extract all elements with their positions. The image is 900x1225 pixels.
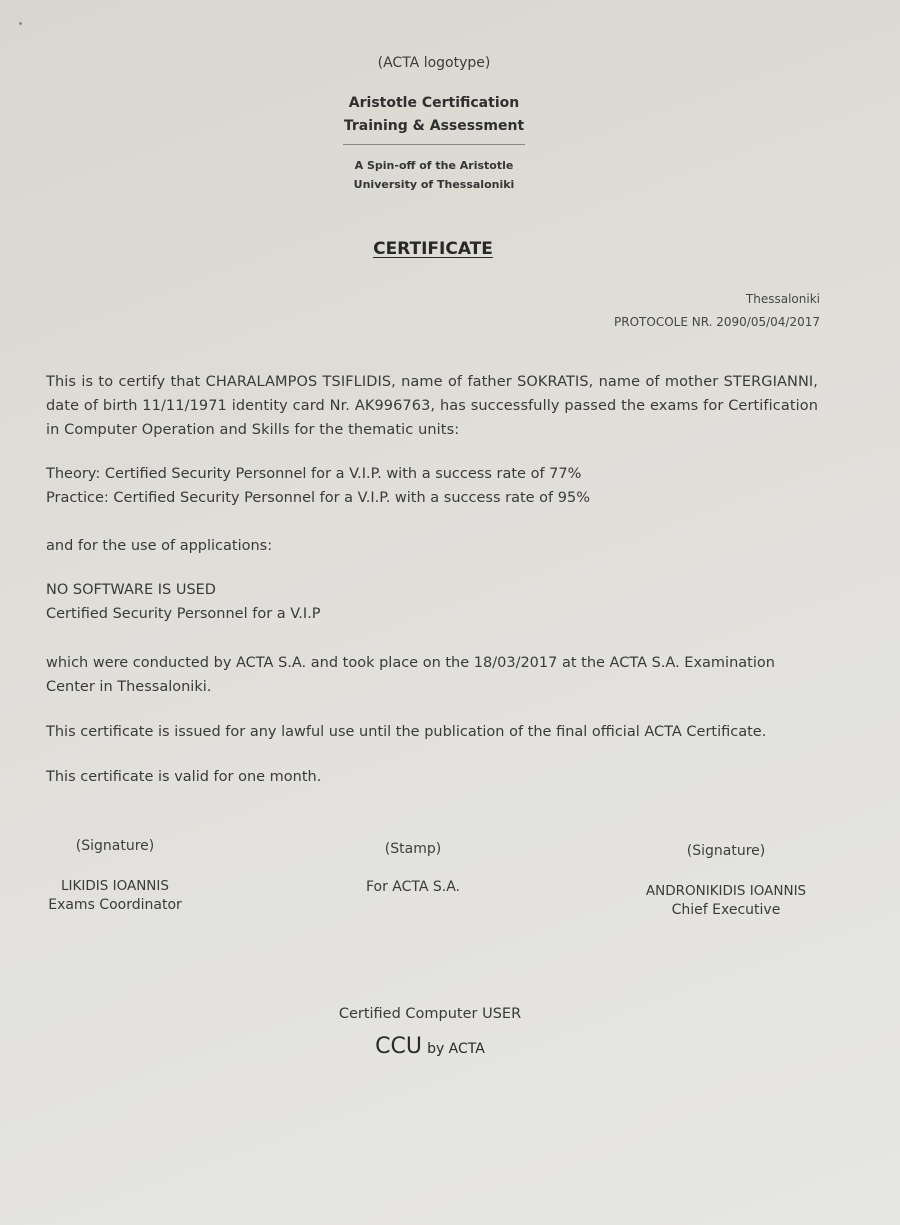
certification-statement: This is to certify that CHARALAMPOS TSIF… <box>46 370 818 442</box>
organization-name-line2: Training & Assessment <box>0 115 868 138</box>
signature-label: (Signature) <box>608 843 844 859</box>
certificate-title: CERTIFICATE <box>0 239 866 259</box>
header-divider <box>343 144 525 145</box>
issuance-note: This certificate is issued for any lawfu… <box>46 720 836 744</box>
signatory-role: Exams Coordinator <box>30 897 200 913</box>
by-acta: by ACTA <box>427 1041 485 1057</box>
thematic-unit-practice: Practice: Certified Security Personnel f… <box>46 486 818 510</box>
organization-name-line1: Aristotle Certification <box>0 92 868 115</box>
logo-placeholder: (ACTA logotype) <box>0 55 868 71</box>
signature-block-executive: (Signature) ANDRONIKIDIS IOANNIS Chief E… <box>608 843 844 918</box>
protocol-number: PROTOCOLE NR. 2090/05/04/2017 <box>614 315 820 329</box>
ccu-brand: CCU <box>375 1034 422 1059</box>
applications-intro: and for the use of applications: <box>46 534 818 558</box>
signature-block-coordinator: (Signature) LIKIDIS IOANNIS Exams Coordi… <box>30 838 200 913</box>
paper-speck <box>19 22 22 25</box>
organization-name: Aristotle Certification Training & Asses… <box>0 92 868 138</box>
signatory-name: LIKIDIS IOANNIS <box>30 878 200 894</box>
thematic-unit-theory: Theory: Certified Security Personnel for… <box>46 462 818 486</box>
spinoff-note: A Spin-off of the Aristotle University o… <box>0 156 868 194</box>
signature-label: (Signature) <box>30 838 200 854</box>
stamp-label: (Stamp) <box>338 841 488 857</box>
validity-note: This certificate is valid for one month. <box>46 765 818 789</box>
thematic-units-list: Theory: Certified Security Personnel for… <box>46 462 818 510</box>
spinoff-line1: A Spin-off of the Aristotle <box>0 156 868 175</box>
spinoff-line2: University of Thessaloniki <box>0 175 868 194</box>
footer-brand: CCU by ACTA <box>0 1034 860 1059</box>
stamp-owner: For ACTA S.A. <box>338 879 488 895</box>
footer-tagline: Certified Computer USER <box>0 1006 860 1022</box>
application-item: NO SOFTWARE IS USED <box>46 578 818 602</box>
stamp-block: (Stamp) For ACTA S.A. <box>338 841 488 895</box>
exam-details: which were conducted by ACTA S.A. and to… <box>46 651 818 699</box>
applications-list: NO SOFTWARE IS USED Certified Security P… <box>46 578 818 626</box>
signatory-name: ANDRONIKIDIS IOANNIS <box>608 883 844 899</box>
signatory-role: Chief Executive <box>608 902 844 918</box>
issue-place: Thessaloniki <box>746 292 820 306</box>
application-item: Certified Security Personnel for a V.I.P <box>46 602 818 626</box>
